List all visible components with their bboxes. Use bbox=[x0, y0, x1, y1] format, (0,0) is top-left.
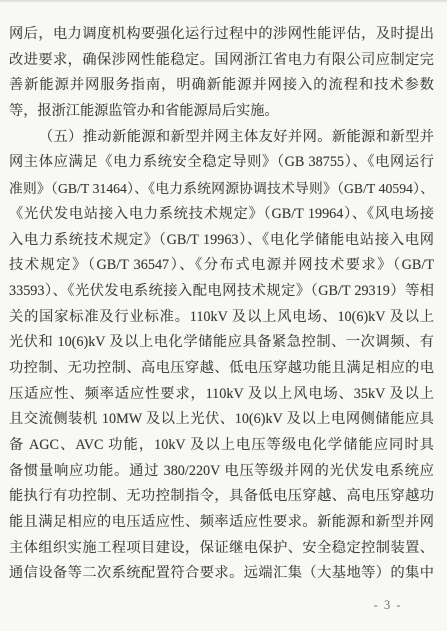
scan-edge-shadow bbox=[0, 0, 447, 3]
text-line: 能且满足相应的电压适应性、频率适应性要求。新能源和新型并网 bbox=[9, 510, 434, 536]
text-line: 《光伏发电站接入电力系统技术规定》（GB/T 19964）、《风电场接 bbox=[9, 202, 434, 228]
text-line: 33593）、《光伏发电系统接入配电网技术规定》（GB/T 29319）等相 bbox=[9, 279, 434, 305]
text-line: 能执行有功控制、无功控制指令，具备低电压穿越、高电压穿越功 bbox=[9, 484, 434, 510]
text-line: 主体组织实施工程项目建设，保证继电保护、安全稳定控制装置、 bbox=[9, 536, 434, 562]
text-line: 压适应性、频率适应性要求，110kV 及以上风电场、35kV 及以上 bbox=[9, 382, 434, 408]
text-line: 备 AGC、AVC 功能，10kV 及以上电压等级电化学储能应同时具 bbox=[9, 433, 434, 459]
text-line: 且交流侧装机 10MW 及以上光伏、10(6)kV 及以上电网侧储能应具 bbox=[9, 407, 434, 433]
text-line: 网后，电力调度机构要强化运行过程中的涉网性能评估，及时提出 bbox=[9, 22, 434, 48]
text-line: 改进要求，确保涉网性能稳定。国网浙江省电力有限公司应制定完 bbox=[9, 48, 434, 74]
text-line: 入电力系统技术规定》（GB/T 19963）、《电化学储能电站接入电网 bbox=[9, 228, 434, 254]
text-line: 通信设备等二次系统配置符合要求。远端汇集（大基地等）的集中 bbox=[9, 561, 434, 587]
section-heading-line: （五）推动新能源和新型并网主体友好并网。新能源和新型并 bbox=[9, 125, 434, 151]
text-line: 备惯量响应功能。通过 380/220V 电压等级并网的光伏发电系统应 bbox=[9, 459, 434, 485]
text-line: 网主体应满足《电力系统安全稳定导则》（GB 38755）、《电网运行 bbox=[9, 150, 434, 176]
text-line: 准则》（GB/T 31464）、《电力系统网源协调技术导则》（GB/T 4059… bbox=[9, 176, 434, 202]
text-line: 等，报浙江能源监管办和省能源局后实施。 bbox=[9, 99, 434, 125]
text-line: 善新能源并网服务指南，明确新能源并网接入的流程和技术参数 bbox=[9, 73, 434, 99]
text-line: 功控制、无功控制、高电压穿越、低电压穿越功能且满足相应的电 bbox=[9, 356, 434, 382]
document-body: 网后，电力调度机构要强化运行过程中的涉网性能评估，及时提出 改进要求，确保涉网性… bbox=[9, 22, 434, 587]
scanned-document-page: 网后，电力调度机构要强化运行过程中的涉网性能评估，及时提出 改进要求，确保涉网性… bbox=[0, 0, 447, 631]
text-line: 关的国家标准及行业标准。110kV 及以上风电场、10(6)kV 及以上 bbox=[9, 305, 434, 331]
page-number: - 3 - bbox=[374, 598, 402, 613]
text-line: 技术规定》（GB/T 36547）、《分布式电源并网技术要求》（GB/T bbox=[9, 253, 434, 279]
text-line: 光伏和 10(6)kV 及以上电化学储能应具备紧急控制、一次调频、有 bbox=[9, 330, 434, 356]
